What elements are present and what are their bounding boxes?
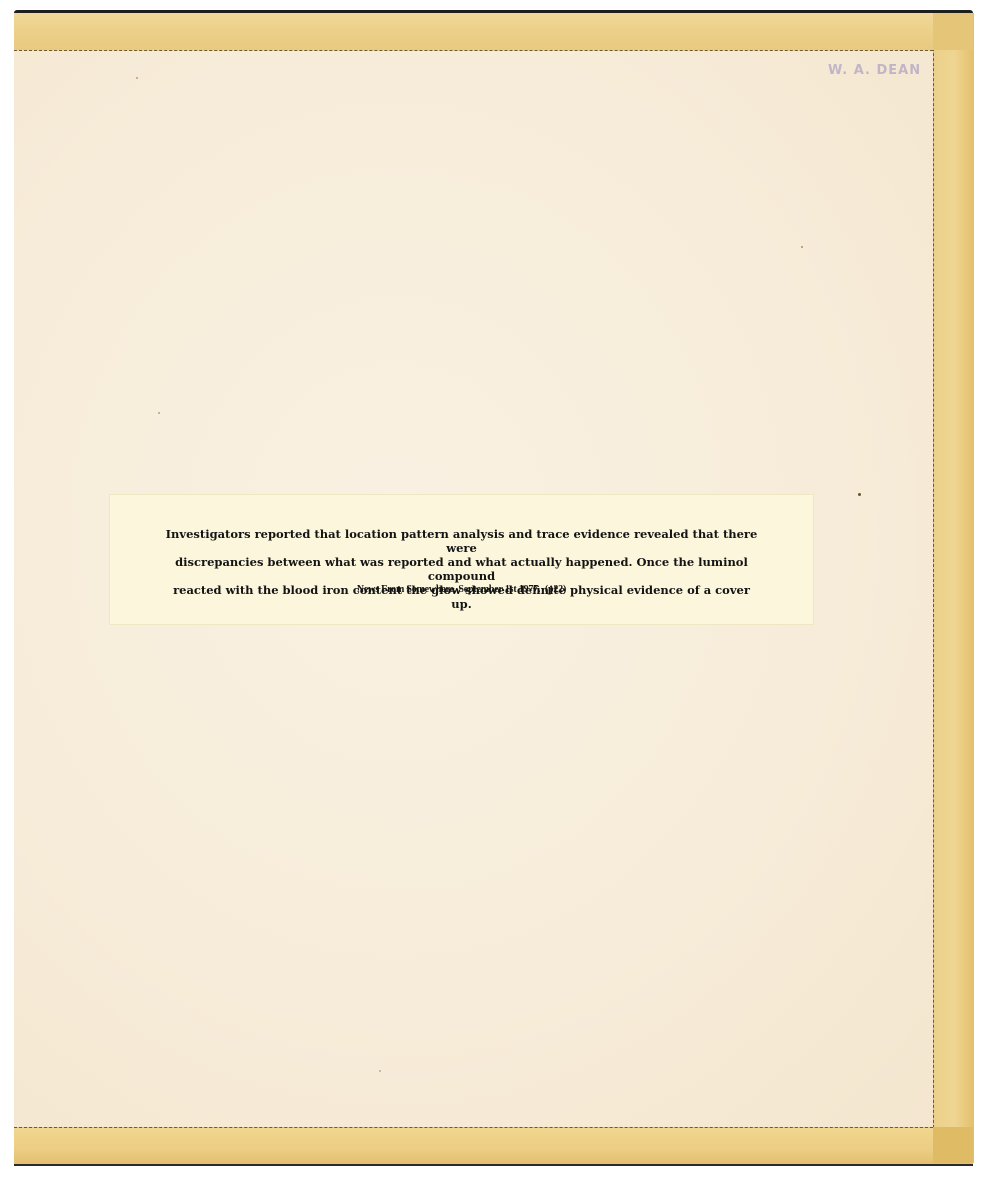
clipping-label: Investigators reported that location pat… [110,495,813,624]
speck [379,1070,381,1072]
clipping-text: Investigators reported that location pat… [110,527,813,611]
clipping-source: News From Somewhere, September 1st 1977.… [110,584,813,595]
speck [858,493,861,496]
speck [801,246,803,248]
tape-strip-bottom [14,1127,973,1166]
tape-strip-top [14,13,973,51]
clipping-line: discrepancies between what was reported … [162,555,761,583]
clipping-line: Investigators reported that location pat… [162,527,761,555]
tape-corner-bottom-right [933,1127,973,1163]
tape-strip-right [933,13,974,1163]
owner-stamp: W. A. DEAN [828,63,921,78]
speck [136,77,138,79]
speck [158,412,160,414]
tape-corner-top-right [933,13,973,50]
